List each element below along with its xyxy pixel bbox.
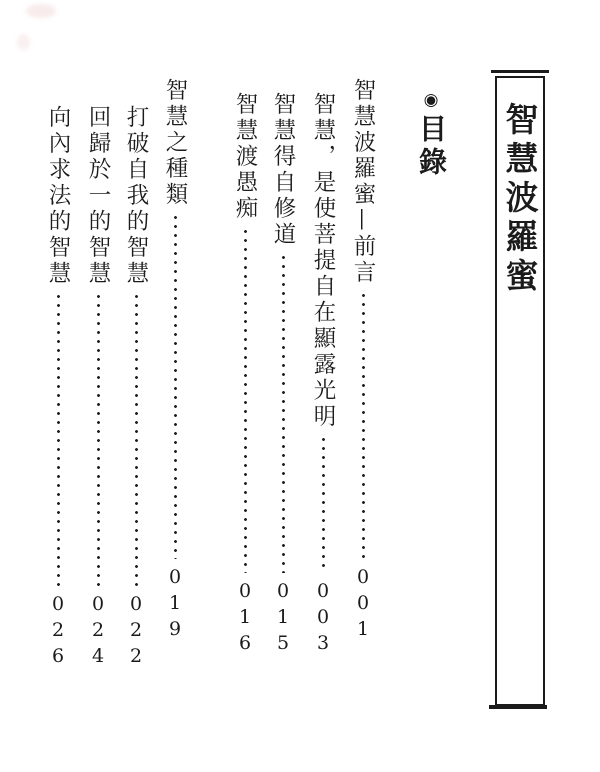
toc-header-label: 目錄 [411, 114, 451, 180]
toc-entry-title: 智慧得自修道 [267, 92, 299, 248]
toc-entry-page: 019 [164, 566, 186, 644]
toc-entry-page: 015 [272, 580, 294, 658]
toc-entry-title: 智慧，是使菩提自在顯露光明 [307, 92, 339, 430]
toc-entry: 智慧之種類 019 [161, 78, 189, 644]
dot-leader [97, 292, 100, 586]
dot-leader [282, 253, 285, 573]
toc-header: ◉ 目錄 [414, 90, 448, 180]
dot-leader [174, 213, 177, 559]
toc-entry: 回歸於一的智慧 024 [84, 78, 112, 671]
book-title: 智慧波羅蜜 [497, 102, 544, 297]
dot-leader [135, 292, 138, 586]
spine-top-rule [491, 70, 549, 73]
dot-leader [322, 435, 325, 573]
ink-smudge [17, 34, 30, 50]
toc-entry-page: 016 [234, 580, 256, 658]
toc-entry-title: 智慧波羅蜜—前言 [347, 78, 379, 286]
dot-leader [57, 292, 60, 586]
toc-entry: 打破自我的智慧 022 [122, 78, 150, 671]
toc-entry-title: 智慧之種類 [159, 78, 191, 208]
toc-entry: 向內求法的智慧 026 [44, 78, 72, 671]
toc-entry-page: 022 [125, 593, 147, 671]
toc-entry: 智慧，是使菩提自在顯露光明 003 [309, 78, 337, 658]
toc-entry-page: 024 [87, 593, 109, 671]
toc-entry: 智慧渡愚痴 016 [231, 78, 259, 658]
toc-page: 智慧波羅蜜 ◉ 目錄 智慧波羅蜜—前言 001 智慧，是使菩提自在顯露光明 00… [0, 0, 600, 772]
toc-entry: 智慧得自修道 015 [269, 78, 297, 658]
toc-entry-title: 向內求法的智慧 [42, 105, 74, 287]
dot-leader [362, 291, 365, 559]
fisheye-bullet-icon: ◉ [421, 90, 441, 114]
toc-entry-page: 003 [312, 580, 334, 658]
toc-entry-title: 智慧渡愚痴 [229, 92, 261, 222]
ink-smudge [26, 4, 56, 18]
toc-entry-title: 打破自我的智慧 [120, 105, 152, 287]
toc-entry-page: 026 [47, 593, 69, 671]
book-title-box: 智慧波羅蜜 [495, 76, 545, 706]
toc-entry-title: 回歸於一的智慧 [82, 105, 114, 287]
dot-leader [244, 227, 247, 573]
toc-entry-page: 001 [352, 566, 374, 644]
toc-entry: 智慧波羅蜜—前言 001 [349, 78, 377, 644]
